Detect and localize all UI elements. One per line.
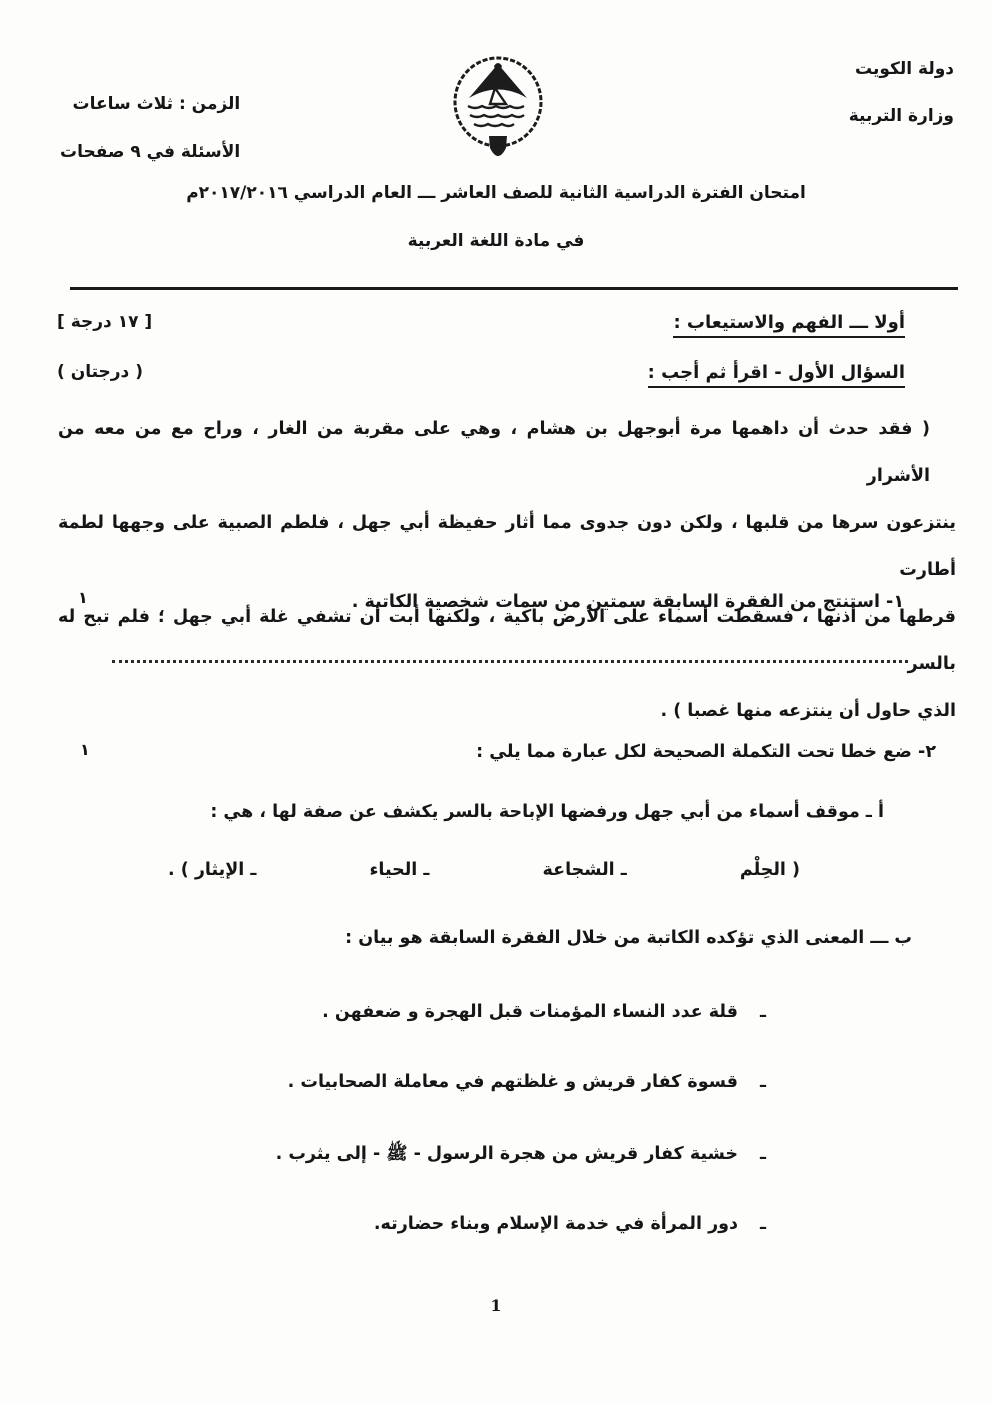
question-one-heading: السؤال الأول - اقرأ ثم أجب :: [648, 362, 905, 388]
option-item: ـ الحياء: [369, 860, 429, 880]
header-left-block: الزمن : ثلاث ساعات الأسئلة في ٩ صفحات: [60, 80, 240, 176]
exam-duration-line: الزمن : ثلاث ساعات: [60, 80, 240, 128]
dhow-sail-shape: [490, 88, 506, 104]
passage-line: ينتزعون سرها من قلبها ، ولكن دون جدوى مم…: [58, 500, 956, 594]
option-item: قلة عدد النساء المؤمنات قبل الهجرة و ضعف…: [322, 1002, 738, 1022]
option-item: دور المرأة في خدمة الإسلام وبناء حضارته.: [374, 1214, 738, 1234]
question-2b-text: ب ـــ المعنى الذي تؤكده الكاتبة من خلال …: [345, 928, 912, 948]
exam-paper-page: دولة الكويت وزارة التربية الزمن : ثلاث س…: [0, 0, 992, 1403]
option-item: ( الحِلْم: [740, 860, 800, 880]
section-total-marks: [ ١٧ درجة ]: [57, 312, 152, 332]
exam-title-line: امتحان الفترة الدراسية الثانية للصف العا…: [0, 183, 992, 203]
answer-dotted-line: [112, 660, 908, 663]
reading-passage: ( فقد حدث أن داهمها مرة أبوجهل بن هشام ،…: [58, 406, 956, 735]
section-heading-row: أولا ـــ الفهم والاستيعاب : [ ١٧ درجة ]: [57, 312, 905, 338]
bullet-dash-icon: ـ: [760, 1144, 766, 1164]
bullet-dash-icon: ـ: [760, 1214, 766, 1234]
passage-line: ( فقد حدث أن داهمها مرة أبوجهل بن هشام ،…: [58, 406, 956, 500]
question-2a-text: أ ـ موقف أسماء من أبي جهل ورفضها الإباحة…: [210, 802, 884, 822]
bullet-dash-icon: ـ: [760, 1072, 766, 1092]
exam-subject-line: في مادة اللغة العربية: [0, 231, 992, 251]
bullet-dash-icon: ـ: [760, 1002, 766, 1022]
header-divider: [70, 287, 958, 290]
question-one-marks: ( درجتان ): [57, 362, 143, 382]
option-item: قسوة كفار قريش و غلظتهم في معاملة الصحاب…: [288, 1072, 738, 1092]
option-item: ـ الشجاعة: [543, 860, 627, 880]
kuwait-emblem-logo: [448, 52, 548, 164]
option-item: خشية كفار قريش من هجرة الرسول - ﷺ - إلى …: [276, 1142, 738, 1168]
ministry-name-line: وزارة التربية: [849, 93, 954, 140]
question-2b-option-row: ـ قسوة كفار قريش و غلظتهم في معاملة الصح…: [288, 1072, 766, 1092]
section-heading: أولا ـــ الفهم والاستيعاب :: [673, 312, 905, 338]
page-number: 1: [0, 1296, 992, 1315]
passage-line: الذي حاول أن ينتزعه منها غصبا ) .: [58, 688, 956, 735]
question-2b-option-row: ـ خشية كفار قريش من هجرة الرسول - ﷺ - إل…: [276, 1142, 766, 1168]
question-one-heading-row: السؤال الأول - اقرأ ثم أجب : ( درجتان ): [57, 362, 905, 388]
question-2-mark-value: ١: [80, 740, 90, 759]
question-2b-option-row: ـ قلة عدد النساء المؤمنات قبل الهجرة و ض…: [322, 1002, 766, 1022]
option-item: ـ الإيثار ) .: [168, 860, 256, 880]
question-2-text: ٢- ضع خطا تحت التكملة الصحيحة لكل عبارة …: [476, 742, 936, 762]
question-2b-option-row: ـ دور المرأة في خدمة الإسلام وبناء حضارت…: [374, 1214, 766, 1234]
header-right-block: دولة الكويت وزارة التربية: [849, 46, 954, 140]
pages-count-line: الأسئلة في ٩ صفحات: [60, 128, 240, 176]
shield-shape: [489, 136, 507, 156]
question-2a-options-row: ( الحِلْم ـ الشجاعة ـ الحياء ـ الإيثار )…: [168, 860, 800, 880]
question-1-text: ١- استنتج من الفقرة السابقة سمتين من سما…: [352, 592, 904, 612]
question-1-mark-value: ١: [78, 588, 88, 607]
state-name-line: دولة الكويت: [849, 46, 954, 93]
